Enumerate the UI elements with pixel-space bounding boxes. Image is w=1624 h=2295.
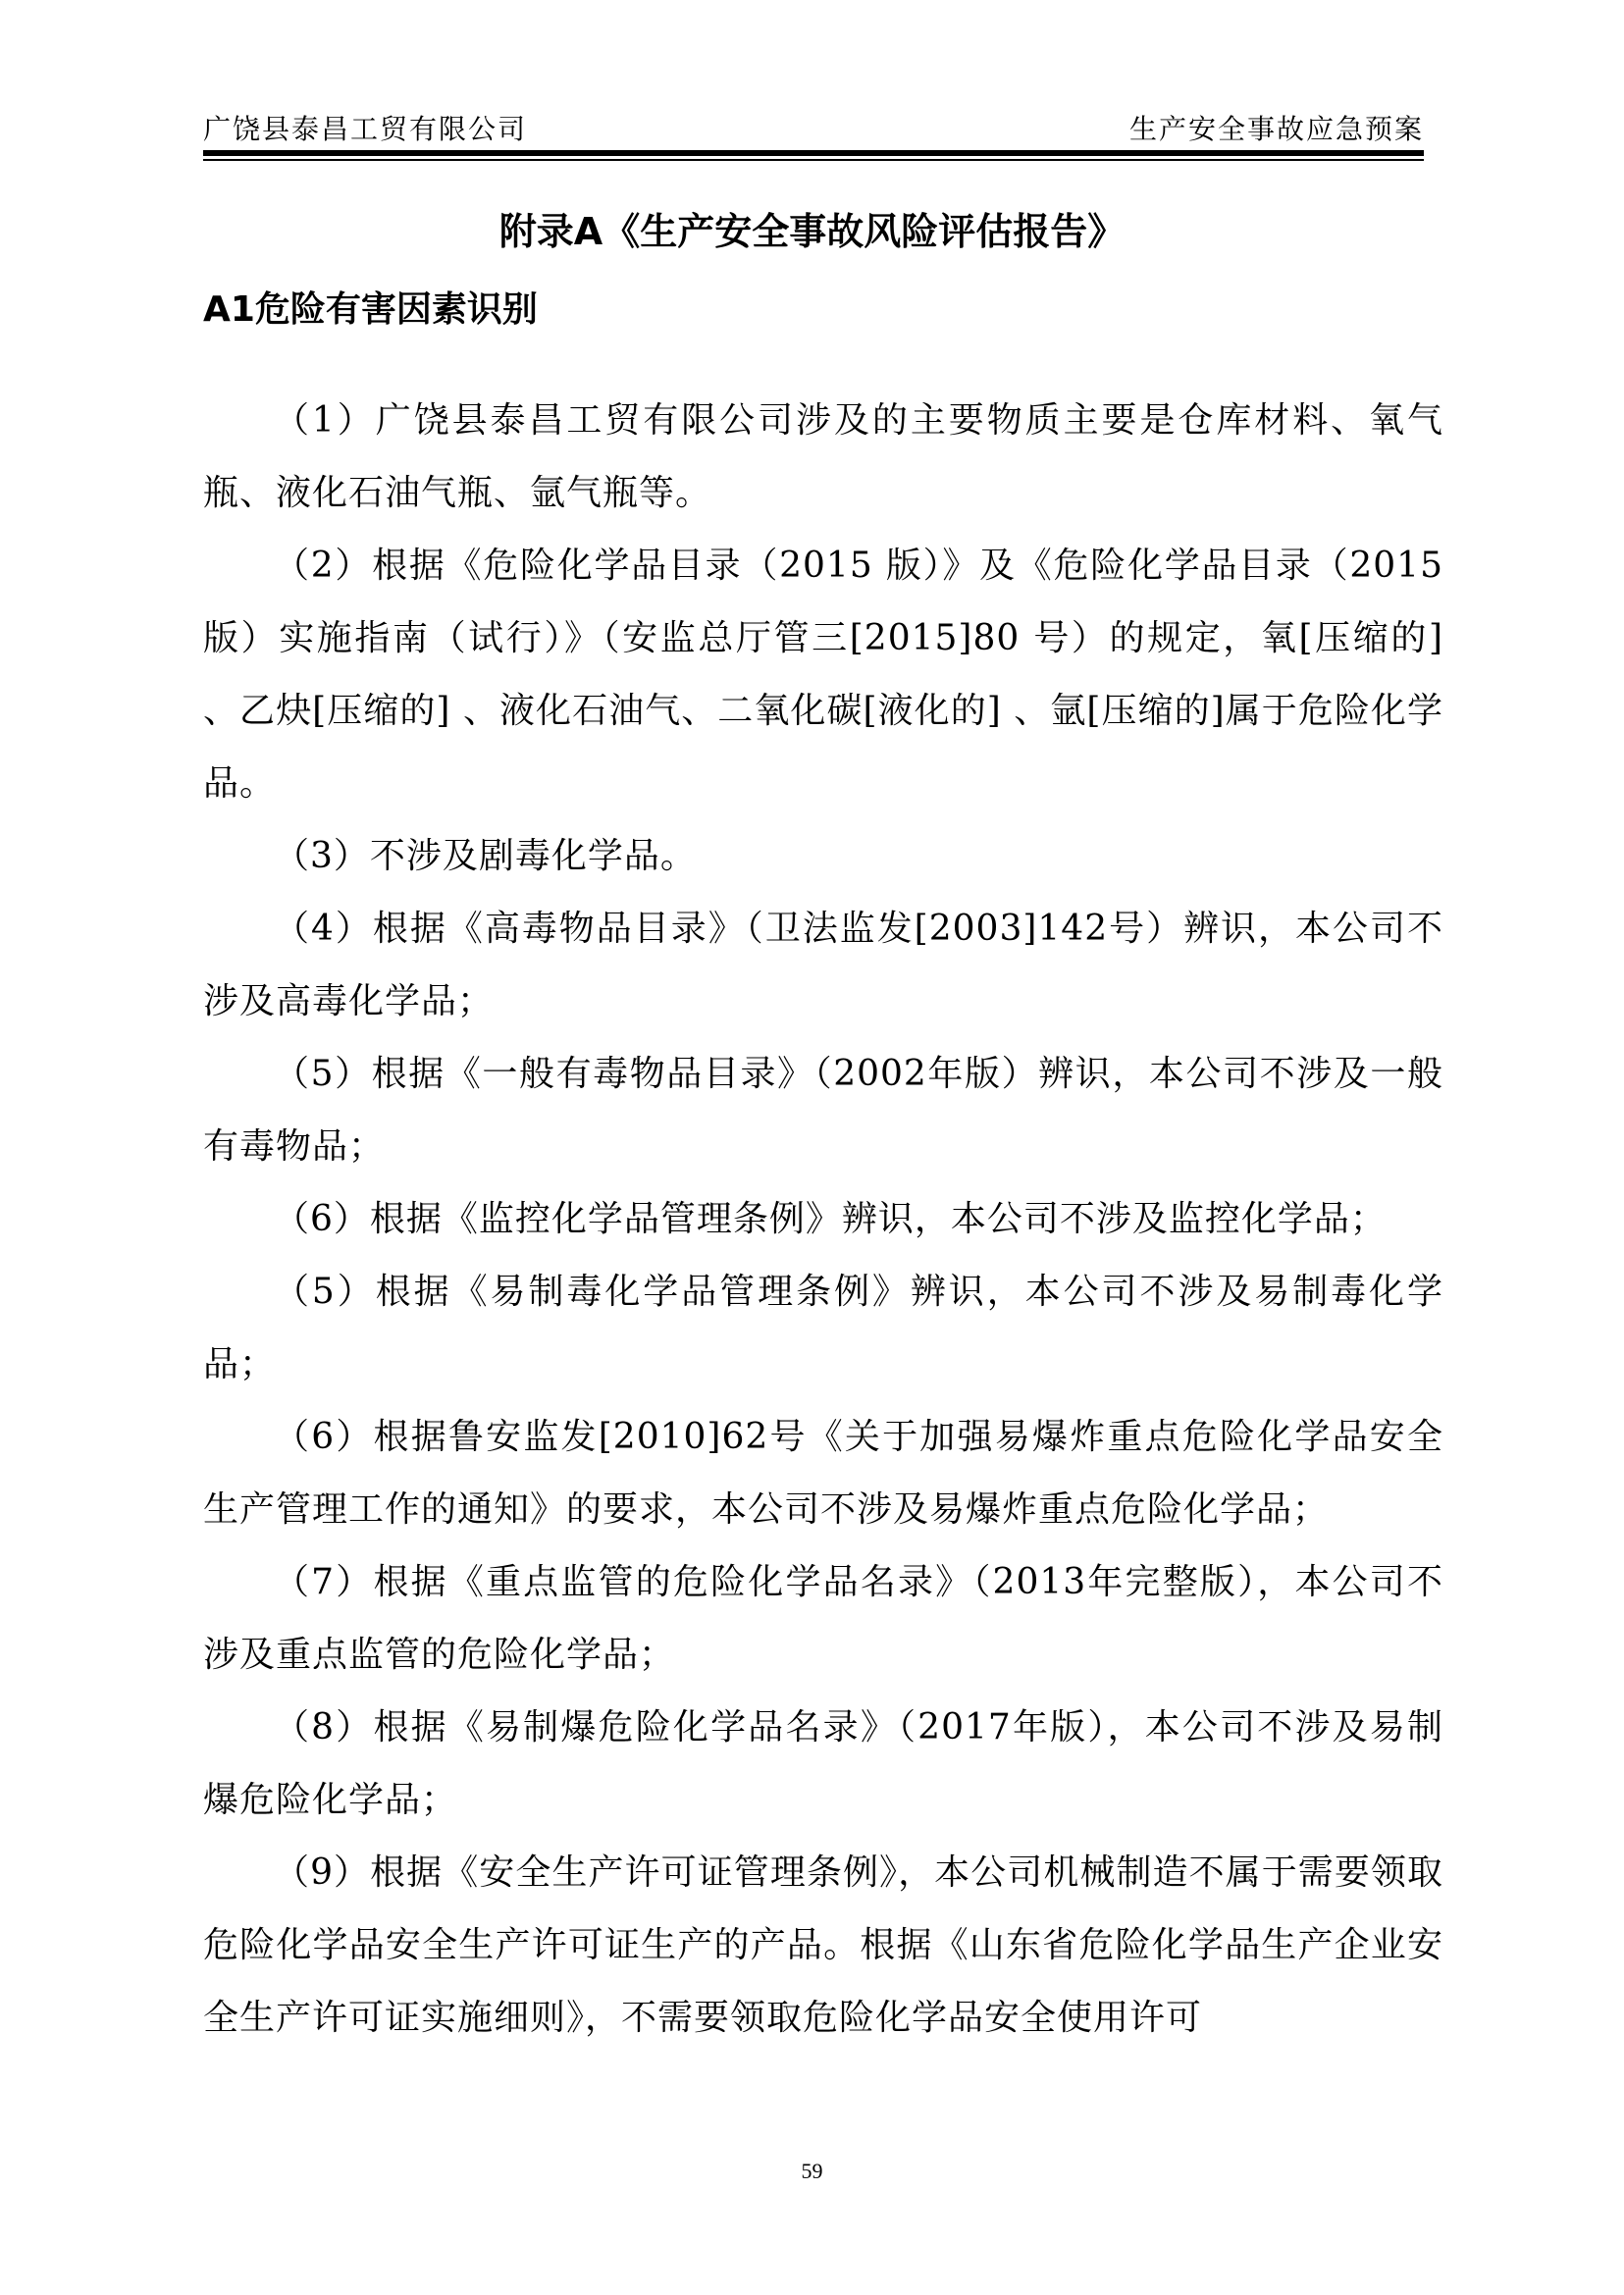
body-text: （1）广饶县泰昌工贸有限公司涉及的主要物质主要是仓库材料、氧气瓶、液化石油气瓶、… (203, 385, 1443, 2055)
page-header: 广饶县泰昌工贸有限公司 生产安全事故应急预案 (203, 110, 1424, 155)
header-rule-thick (203, 150, 1424, 156)
paragraph-2: （2）根据《危险化学品目录（2015 版）》及《危险化学品目录（2015版）实施… (203, 530, 1443, 820)
paragraph-5: （5）根据《一般有毒物品目录》（2002年版）辨识，本公司不涉及一般有毒物品； (203, 1038, 1443, 1183)
paragraph-9: （7）根据《重点监管的危险化学品名录》（2013年完整版），本公司不涉及重点监管… (203, 1546, 1443, 1692)
paragraph-10: （8）根据《易制爆危险化学品名录》（2017年版），本公司不涉及易制爆危险化学品… (203, 1692, 1443, 1837)
paragraph-1: （1）广饶县泰昌工贸有限公司涉及的主要物质主要是仓库材料、氧气瓶、液化石油气瓶、… (203, 385, 1443, 530)
paragraph-7: （5）根据《易制毒化学品管理条例》辨识，本公司不涉及易制毒化学品； (203, 1256, 1443, 1401)
paragraph-4: （4）根据《高毒物品目录》（卫法监发[2003]142号）辨识，本公司不涉及高毒… (203, 893, 1443, 1038)
page-number: 59 (0, 2157, 1624, 2186)
paragraph-11: （9）根据《安全生产许可证管理条例》，本公司机械制造不属于需要领取危险化学品安全… (203, 1837, 1443, 2055)
paragraph-8: （6）根据鲁安监发[2010]62号《关于加强易爆炸重点危险化学品安全生产管理工… (203, 1401, 1443, 1546)
section-heading: A1危险有害因素识别 (203, 283, 538, 338)
paragraph-6: （6）根据《监控化学品管理条例》辨识，本公司不涉及监控化学品； (203, 1183, 1443, 1256)
header-rule-thin (203, 159, 1424, 161)
appendix-title: 附录A《生产安全事故风险评估报告》 (0, 204, 1624, 259)
header-document-title: 生产安全事故应急预案 (1129, 110, 1424, 149)
header-company-name: 广饶县泰昌工贸有限公司 (203, 110, 527, 149)
paragraph-3: （3）不涉及剧毒化学品。 (203, 820, 1443, 893)
